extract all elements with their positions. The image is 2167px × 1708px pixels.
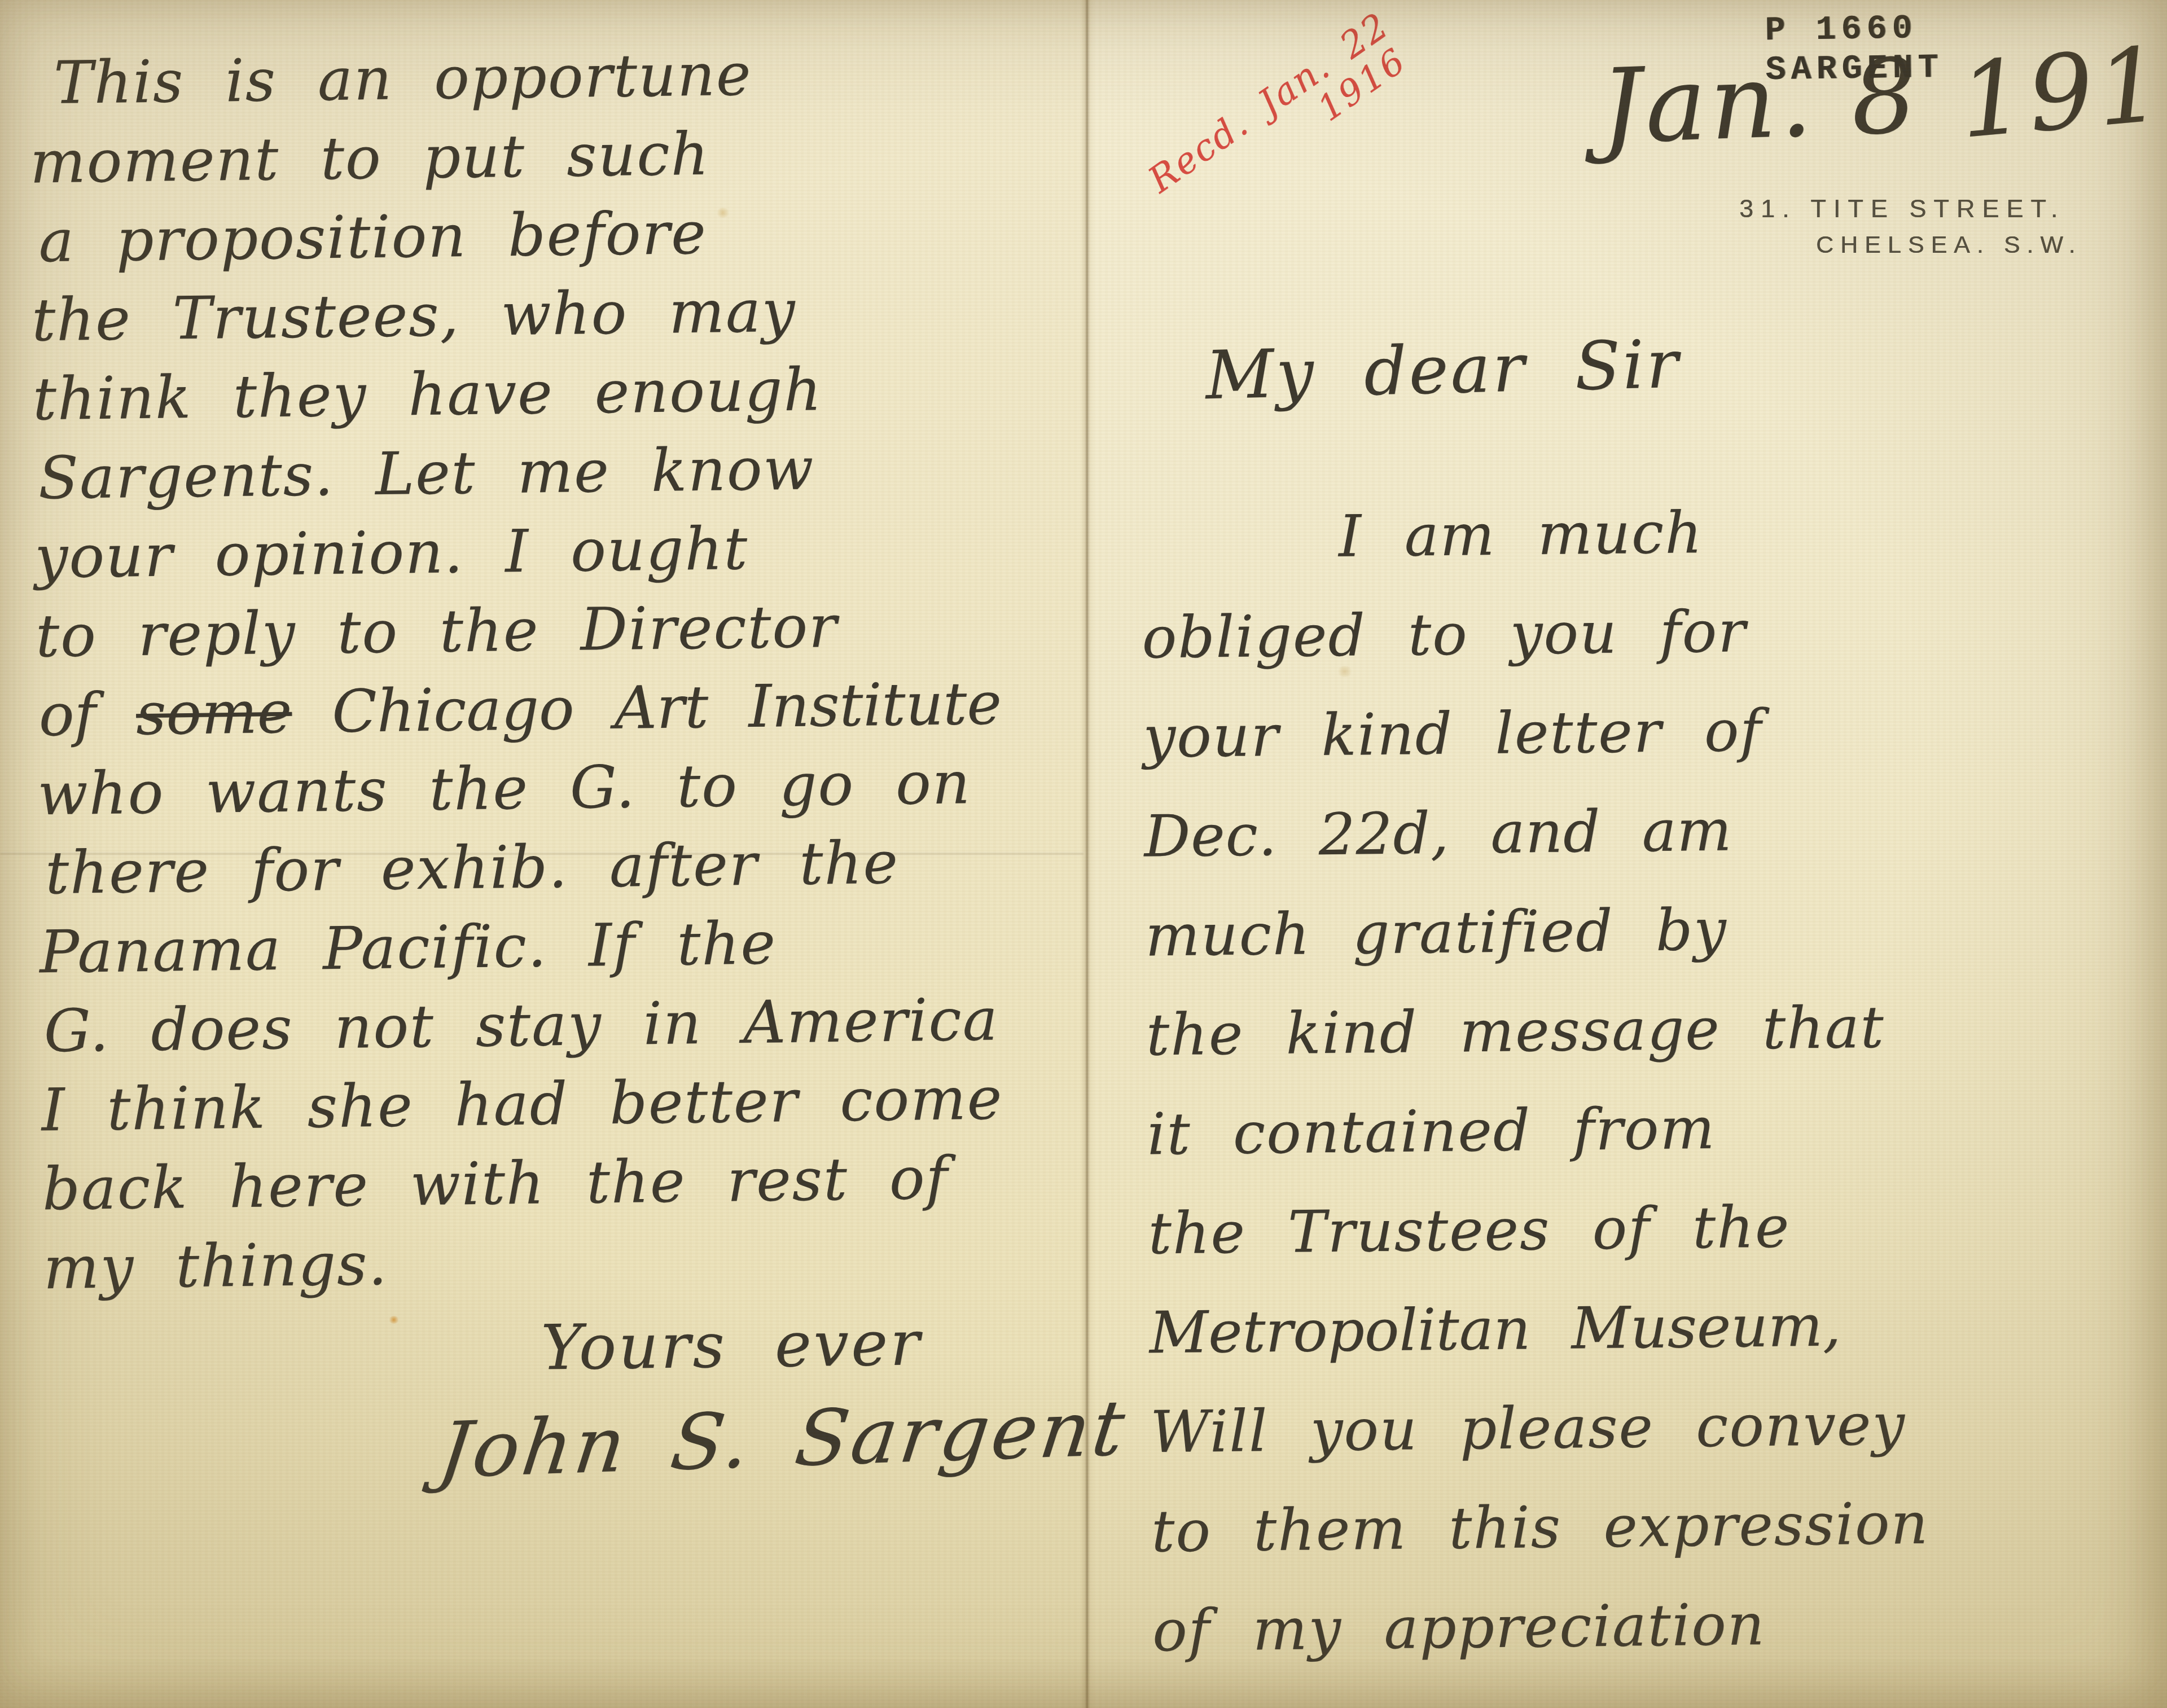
handwriting-line: This is an opportune: [53, 31, 1073, 122]
handwriting-line-with-strikethrough: of some Chicago Art Institute: [38, 663, 1081, 755]
signature: John S. Sargent: [434, 1385, 1096, 1495]
handwriting-line: my things.: [43, 1216, 1088, 1308]
date-year: 1916: [1955, 18, 2167, 161]
handwriting-line: a proposition before: [38, 189, 1076, 280]
handwriting-line: your opinion. I ought: [34, 505, 1080, 597]
letterhead-district: CHELSEA. S.W.: [1816, 231, 2082, 259]
printed-letterhead: 31. TITE STREET. CHELSEA. S.W.: [1739, 194, 2082, 259]
handwriting-line: to reply to the Director: [35, 584, 1080, 676]
handwriting-line: obliged to you for: [1142, 578, 2153, 688]
handwriting-line: back here with the rest of: [42, 1137, 1087, 1229]
handwriting-line: the Trustees, who may: [32, 268, 1077, 360]
handwriting-line: Panama Pacific. If the: [39, 900, 1084, 992]
handwriting-line: the kind message that: [1146, 976, 2157, 1086]
handwriting-line: G. does not stay in America: [43, 979, 1085, 1071]
handwriting-line: it contained from: [1147, 1075, 2158, 1185]
line-post: Chicago Art Institute: [291, 669, 1002, 746]
handwriting-line: Will you please convey: [1150, 1373, 2161, 1483]
stamp-name: SARGENT: [1765, 49, 1944, 90]
handwriting-line: of my appreciation: [1152, 1571, 2163, 1681]
handwriting-line: much gratified by: [1144, 876, 2156, 986]
letter-scan: This is an opportune moment to put such …: [0, 0, 2167, 1708]
letterhead-street: 31. TITE STREET.: [1739, 194, 2082, 223]
handwriting-line: to them this expression: [1151, 1472, 2162, 1582]
right-page-text: I am much obliged to you for your kind l…: [1140, 479, 2163, 1681]
left-page-text: This is an opportune moment to put such …: [28, 31, 1090, 1494]
archive-stamp: P 1660 SARGENT: [1765, 9, 1944, 90]
handwriting-line: who wants the G. to go on: [37, 742, 1082, 834]
handwriting-line: moment to put such: [29, 110, 1074, 202]
line-pre: of: [38, 679, 137, 749]
handwriting-line: there for exhib. after the: [45, 821, 1083, 912]
handwriting-line: your kind letter of: [1143, 678, 2154, 788]
salutation: My dear Sir: [1204, 325, 1681, 415]
stamp-number: P 1660: [1765, 9, 1943, 51]
closing-valediction: Yours ever: [541, 1305, 1089, 1384]
handwriting-line: I think she had better come: [41, 1058, 1086, 1150]
handwriting-line: Metropolitan Museum,: [1149, 1274, 2160, 1384]
handwriting-line: Dec. 22d, and am: [1144, 777, 2155, 887]
struck-word: some: [135, 678, 292, 748]
handwriting-line: I am much: [1338, 479, 2152, 587]
handwriting-line: Sargents. Let me know: [38, 426, 1078, 517]
handwriting-line: think they have enough: [32, 347, 1077, 439]
handwriting-line: the Trustees of the: [1148, 1174, 2159, 1284]
